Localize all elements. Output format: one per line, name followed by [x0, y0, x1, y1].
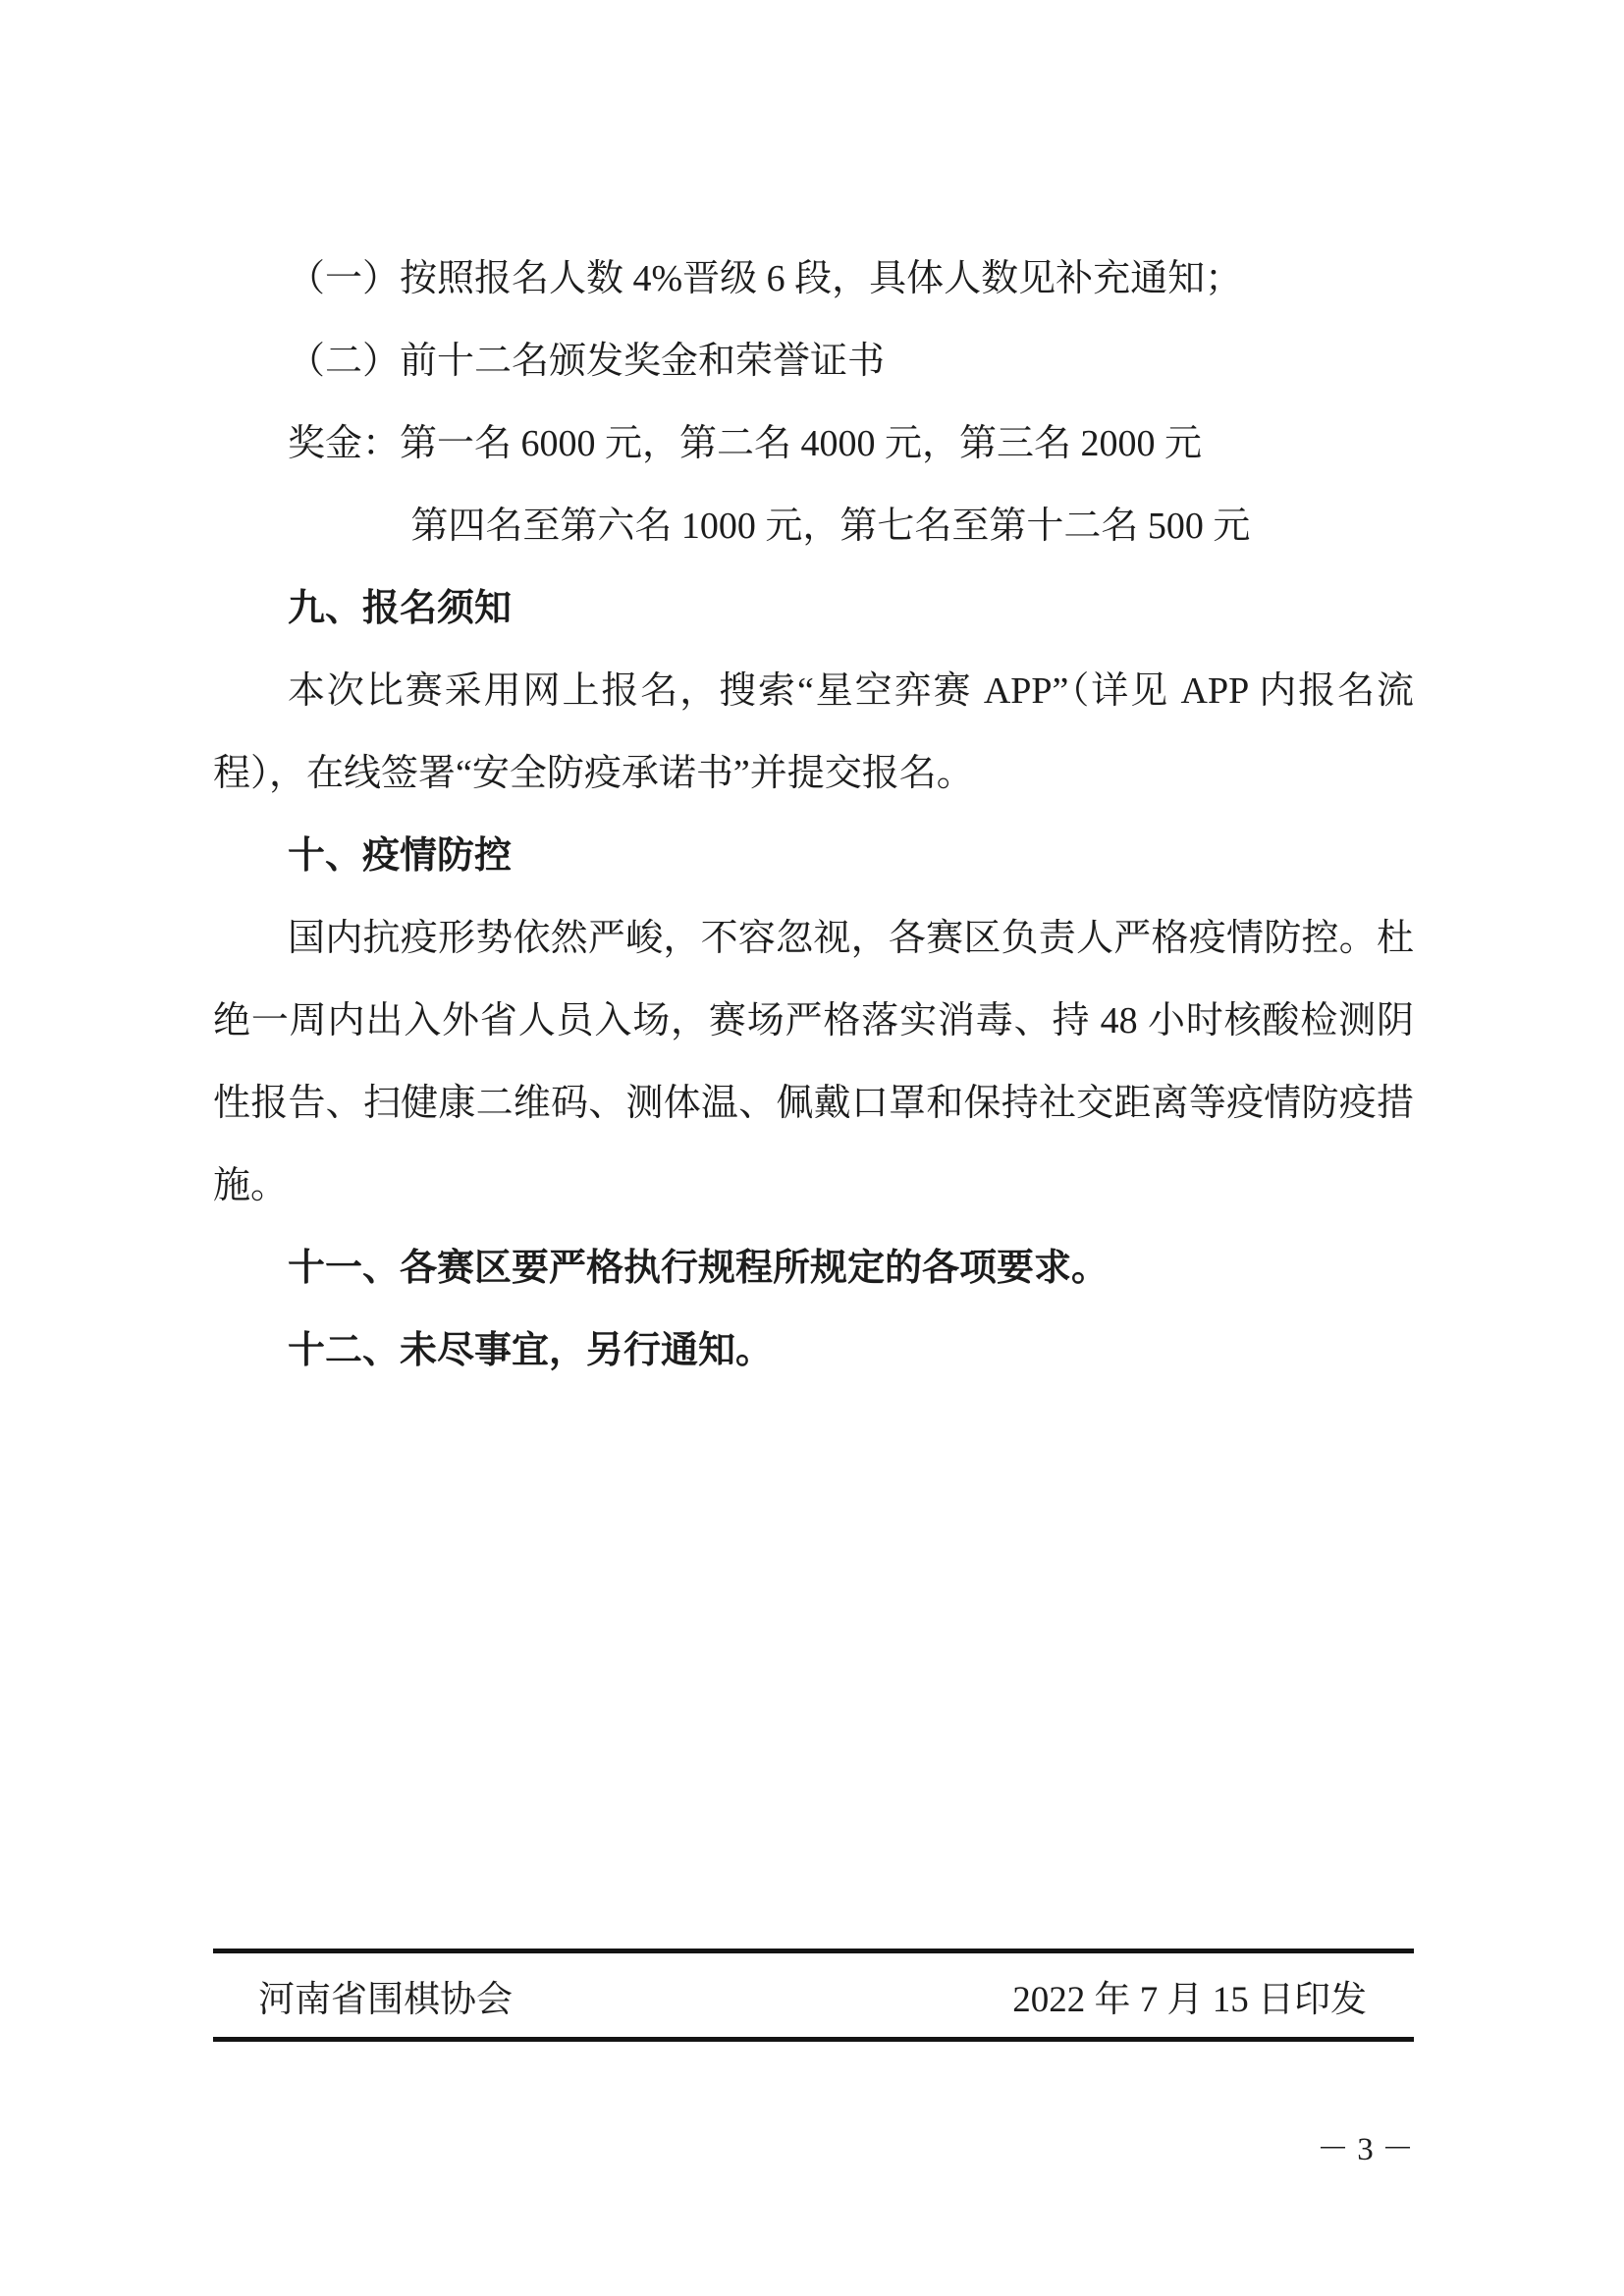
issuing-organization: 河南省围棋协会: [258, 1969, 513, 2022]
prize-line-top-three: 奖金：第一名 6000 元，第二名 4000 元，第三名 2000 元: [213, 402, 1414, 485]
section-body-registration: 本次比赛采用网上报名，搜索“星空弈赛 APP”（详见 APP 内报名流程），在线…: [213, 650, 1414, 815]
list-item-promotion-rule: （一）按照报名人数 4%晋级 6 段，具体人数见补充通知；: [213, 238, 1414, 320]
document-body: （一）按照报名人数 4%晋级 6 段，具体人数见补充通知； （二）前十二名颁发奖…: [213, 238, 1414, 1392]
section-heading-registration: 九、报名须知: [213, 567, 1414, 650]
issue-date: 2022 年 7 月 15 日印发: [1012, 1969, 1367, 2022]
section-heading-strict-enforcement: 十一、各赛区要严格执行规程所规定的各项要求。: [213, 1227, 1414, 1309]
page-number: － 3 －: [213, 2128, 1414, 2171]
document-page: （一）按照报名人数 4%晋级 6 段，具体人数见补充通知； （二）前十二名颁发奖…: [0, 0, 1624, 2296]
issuance-footer: 河南省围棋协会 2022 年 7 月 15 日印发: [213, 1949, 1414, 2042]
list-item-award-rule: （二）前十二名颁发奖金和荣誉证书: [213, 320, 1414, 402]
section-heading-further-notice: 十二、未尽事宜，另行通知。: [213, 1309, 1414, 1392]
section-body-epidemic-control: 国内抗疫形势依然严峻，不容忽视，各赛区负责人严格疫情防控。杜绝一周内出入外省人员…: [213, 897, 1414, 1227]
section-heading-epidemic-control: 十、疫情防控: [213, 815, 1414, 897]
prize-line-fourth-to-twelfth: 第四名至第六名 1000 元，第七名至第十二名 500 元: [213, 485, 1414, 567]
